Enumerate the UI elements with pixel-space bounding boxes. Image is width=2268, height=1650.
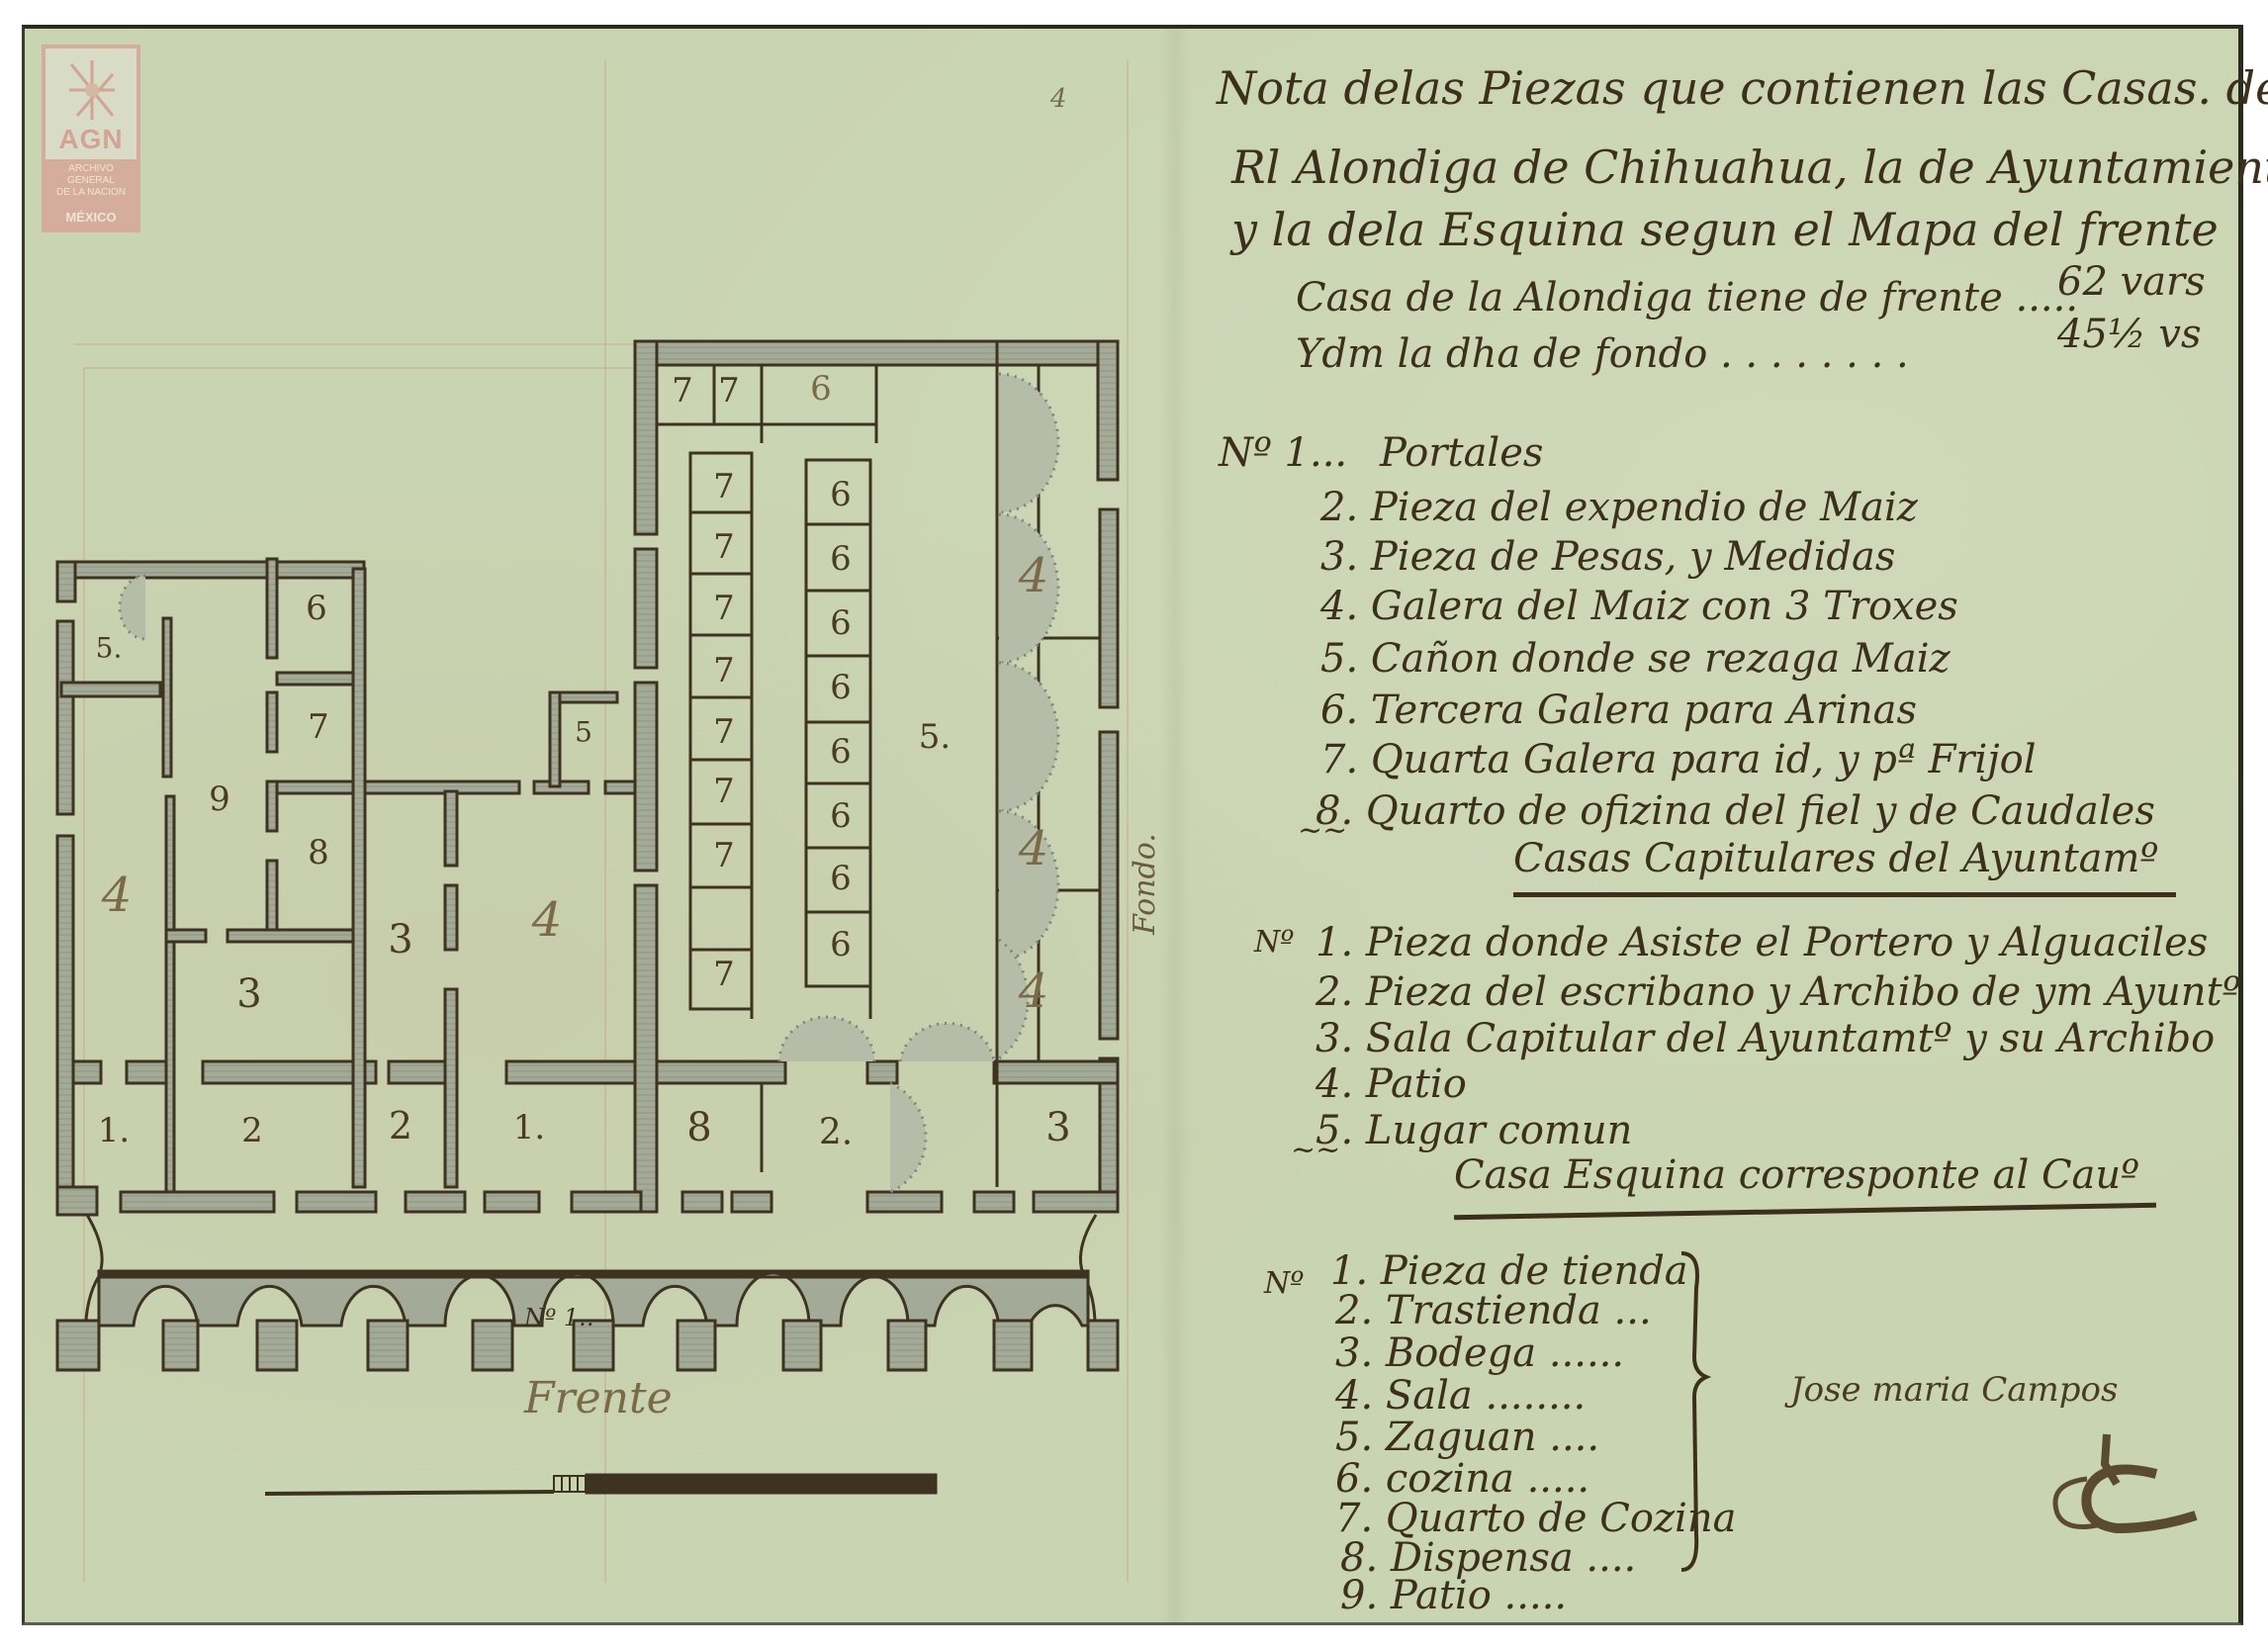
front-label: Frente <box>524 1373 673 1423</box>
legend-prefix: Nº <box>1264 1266 1304 1301</box>
ayuntamiento-heading: Casas Capitulares del Ayuntamº <box>1513 836 2158 881</box>
item-text: Tercera Galera para Arinas <box>1371 687 1917 733</box>
room-label: 7 <box>713 467 735 506</box>
item-number: 4. <box>1320 584 1358 629</box>
room-label: 7 <box>713 527 735 567</box>
signature: Jose maria Campos <box>1790 1370 2118 1410</box>
item-number: 5. <box>1335 1415 1373 1460</box>
room-label: 8 <box>308 833 329 872</box>
item-text: Sala ........ <box>1386 1373 1586 1419</box>
walls <box>57 341 1118 1215</box>
title-line: Nota delas Piezas que contienen las Casa… <box>1217 61 2268 115</box>
item-text: Quarta Galera para id, y pª Frijol <box>1371 737 2037 782</box>
room-label: 6 <box>830 925 852 964</box>
legend-item: 3. Sala Capitular del Ayuntamtº y su Arc… <box>1315 1016 2215 1061</box>
flourish: ~~ <box>1298 813 1347 848</box>
dimension-label: Casa de la Alondiga tiene de frente ....… <box>1296 275 2078 321</box>
item-text: Pieza del escribano y Archibo de ym Ayun… <box>1366 969 2241 1015</box>
legend-item: 3. Bodega ...... <box>1335 1330 1624 1376</box>
title-line: Rl Alondiga de Chihuahua, la de Ayuntami… <box>1231 140 2268 194</box>
room-label: 4 <box>102 868 133 923</box>
room-label: 5. <box>919 717 951 757</box>
room-label: 4 <box>1019 963 1049 1019</box>
legend-item: 5. Lugar comun <box>1315 1108 1632 1153</box>
item-text: Trastienda ... <box>1386 1288 1652 1333</box>
room-label: 7 <box>713 772 735 811</box>
room-label: 3 <box>388 917 412 962</box>
room-label: 7 <box>713 712 735 752</box>
room-label: 2 <box>241 1111 263 1150</box>
item-text: Pieza del expendio de Maiz <box>1371 485 1918 530</box>
legend-item: 3. Pieza de Pesas, y Medidas <box>1320 534 1895 580</box>
room-label: 7 <box>713 836 735 875</box>
room-label: 7 <box>672 371 693 411</box>
room-label: 6 <box>830 859 852 898</box>
room-label: 4 <box>1019 548 1049 603</box>
item-number: 2. <box>1335 1288 1373 1333</box>
legend-item: 4. Galera del Maiz con 3 Troxes <box>1320 584 1958 629</box>
legend-item: 2. Trastienda ... <box>1335 1288 1652 1333</box>
item-number: 2. <box>1320 485 1358 530</box>
esquina-heading: Casa Esquina corresponte al Cauº <box>1454 1152 2139 1198</box>
arcade <box>57 1215 1118 1370</box>
scale-bar <box>265 1474 937 1494</box>
legend-prefix: Nº <box>1254 925 1294 960</box>
item-text: Lugar comun <box>1366 1108 1633 1153</box>
room-label: 1. <box>513 1108 545 1147</box>
item-number: 9. <box>1340 1573 1378 1618</box>
room-label: 4 <box>532 892 563 948</box>
flourish: ~~ <box>1291 1133 1340 1167</box>
arcade-label: Nº 1.. <box>524 1304 593 1331</box>
room-label: 7 <box>718 371 740 411</box>
legend-item: Portales <box>1380 430 1543 476</box>
room-label: 5 <box>575 716 592 749</box>
legend-item: 2. Pieza del expendio de Maiz <box>1320 485 1918 530</box>
item-number: 1. <box>1315 920 1353 965</box>
item-text: Pieza de Pesas, y Medidas <box>1371 534 1895 580</box>
heading-underline <box>1513 892 2176 897</box>
room-label: 6 <box>830 668 852 707</box>
legend-item: 8. Quarto de ofizina del fiel y de Cauda… <box>1315 788 2155 834</box>
room-label: 7 <box>713 651 735 690</box>
room-label: 6 <box>830 475 852 514</box>
room-label: 7 <box>308 707 329 747</box>
room-label: 5. <box>96 632 123 665</box>
item-number: 5. <box>1320 636 1358 682</box>
item-text: Galera del Maiz con 3 Troxes <box>1371 584 1958 629</box>
depth-label: Fondo. <box>1128 833 1162 935</box>
brace-icon <box>1677 1248 1726 1575</box>
room-label: 8 <box>686 1105 711 1150</box>
item-text: Bodega ...... <box>1386 1330 1624 1376</box>
rubric-flourish-icon <box>2047 1405 2216 1543</box>
room-label: 4 <box>1019 821 1049 876</box>
item-number: 3. <box>1335 1330 1373 1376</box>
item-number: 7. <box>1320 737 1358 782</box>
legend-prefix: Nº 1... <box>1219 430 1347 476</box>
room-label: 6 <box>306 589 327 628</box>
room-label: 6 <box>830 732 852 772</box>
item-text: Patio <box>1366 1061 1467 1107</box>
item-text: Pieza donde Asiste el Portero y Alguacil… <box>1366 920 2208 965</box>
room-label: 2. <box>819 1113 853 1153</box>
legend-item: 4. Sala ........ <box>1335 1373 1586 1419</box>
item-number: 6. <box>1320 687 1358 733</box>
room-label: 3 <box>236 971 261 1017</box>
item-text: Cañon donde se rezaga Maiz <box>1371 636 1950 682</box>
dimension-label: Ydm la dha de fondo . . . . . . . . <box>1296 331 1909 377</box>
room-label: 6 <box>830 796 852 836</box>
legend-item: 1. Pieza donde Asiste el Portero y Algua… <box>1315 920 2208 965</box>
room-label: 7 <box>713 955 735 994</box>
room-label: 6 <box>830 539 852 579</box>
item-number: 4. <box>1315 1061 1353 1107</box>
item-number: 2. <box>1315 969 1353 1015</box>
room-label: 7 <box>713 589 735 628</box>
legend-item: 6. Tercera Galera para Arinas <box>1320 687 1917 733</box>
room-label: 2 <box>389 1104 412 1147</box>
item-number: 3. <box>1315 1016 1353 1061</box>
room-label: 6 <box>830 603 852 643</box>
item-text: Sala Capitular del Ayuntamtº y su Archib… <box>1366 1016 2215 1061</box>
room-label: 9 <box>209 779 230 819</box>
legend-item: 9. Patio ..... <box>1340 1573 1567 1618</box>
dimension-value: 45½ vs <box>2057 312 2202 357</box>
title-line: y la dela Esquina segun el Mapa del fren… <box>1231 203 2219 256</box>
legend-item: 7. Quarta Galera para id, y pª Frijol <box>1320 737 2037 782</box>
item-text: Zaguan .... <box>1386 1415 1599 1460</box>
legend-item: 4. Patio <box>1315 1061 1467 1107</box>
room-label: 3 <box>1045 1105 1070 1150</box>
legend-item: 2. Pieza del escribano y Archibo de ym A… <box>1315 969 2240 1015</box>
item-number: 4. <box>1335 1373 1373 1419</box>
legend-item: 5. Cañon donde se rezaga Maiz <box>1320 636 1950 682</box>
dimension-value: 62 vars <box>2057 259 2206 305</box>
room-label: 1. <box>98 1111 130 1150</box>
legend-item: 5. Zaguan .... <box>1335 1415 1599 1460</box>
room-label: 6 <box>810 369 832 409</box>
item-text: Quarto de ofizina del fiel y de Caudales <box>1366 788 2155 834</box>
item-number: 3. <box>1320 534 1358 580</box>
item-text: Patio ..... <box>1391 1573 1567 1618</box>
